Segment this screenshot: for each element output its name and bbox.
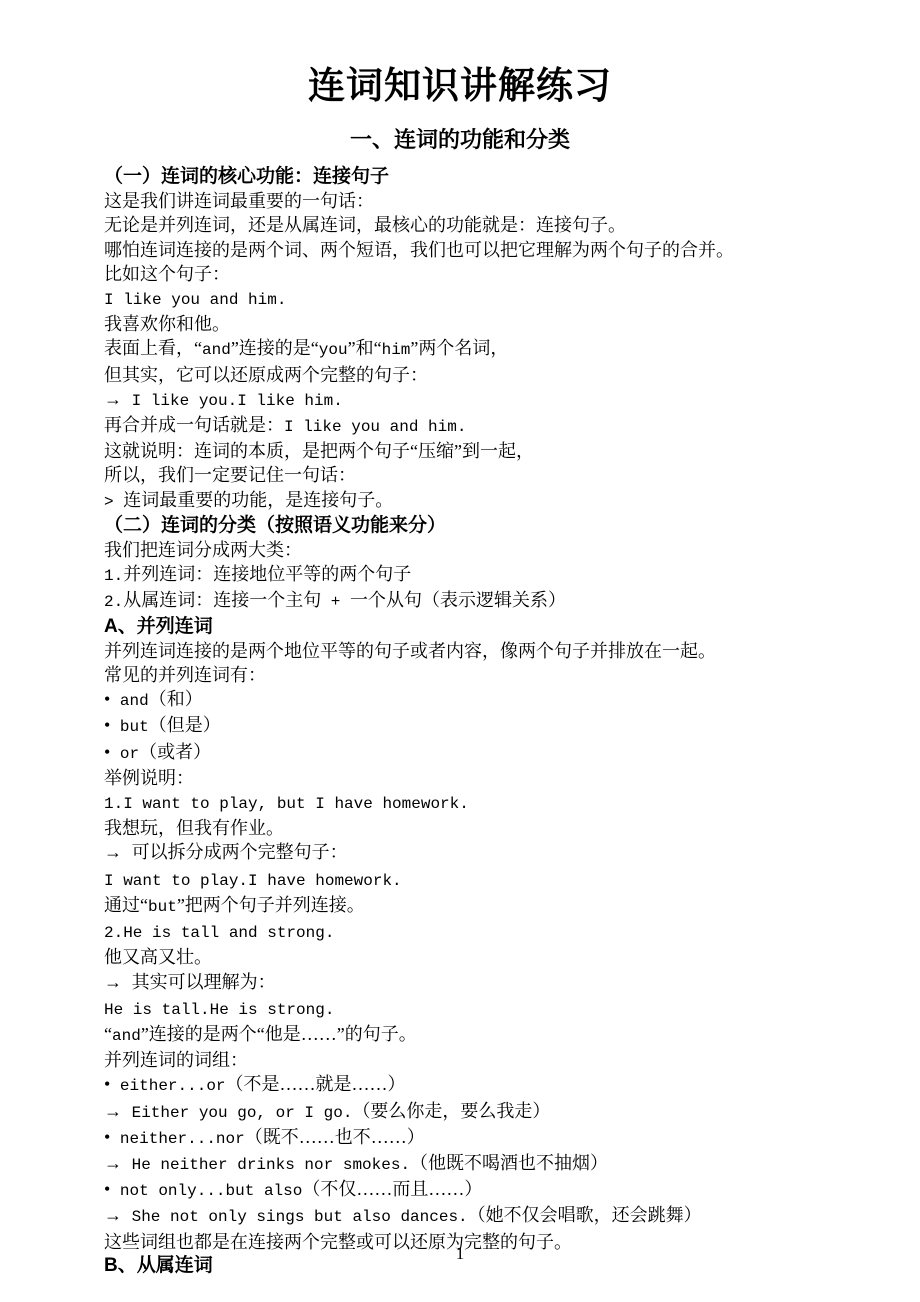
latin-text: He is tall.He is strong.: [104, 1001, 334, 1019]
latin-text: 1.: [104, 567, 123, 585]
latin-text: him: [382, 341, 411, 359]
text-line: 这是我们讲连词最重要的一句话：: [104, 189, 820, 213]
text-line: • and（和）: [104, 687, 820, 713]
text-line: I like you and him.: [104, 286, 820, 312]
latin-text: or: [110, 745, 139, 763]
latin-text: She not only sings but also dances.: [122, 1208, 468, 1226]
text-line: He is tall.He is strong.: [104, 996, 820, 1022]
text-line: → She not only sings but also dances.（她不…: [104, 1203, 820, 1229]
text-line: 2.从属连词：连接一个主句 + 一个从句（表示逻辑关系）: [104, 588, 820, 614]
latin-text: neither...nor: [110, 1130, 244, 1148]
document-body: （一）连词的核心功能：连接句子这是我们讲连词最重要的一句话：无论是并列连词，还是…: [104, 165, 820, 1278]
text-line: 2.He is tall and strong.: [104, 919, 820, 945]
latin-text: 2.He is tall and strong.: [104, 924, 334, 942]
text-line: 比如这个句子：: [104, 262, 820, 286]
text-line: • neither...nor（既不……也不……）: [104, 1125, 820, 1151]
text-line: • or（或者）: [104, 740, 820, 766]
text-line: 并列连词的词组：: [104, 1048, 820, 1072]
latin-text: I want to play.I have homework.: [104, 872, 402, 890]
text-line: 我喜欢你和他。: [104, 312, 820, 336]
sub-heading: （二）连词的分类（按照语义功能来分）: [104, 514, 820, 538]
latin-text: I like you and him.: [104, 291, 286, 309]
text-line: 他又高又壮。: [104, 945, 820, 969]
latin-text: Either you go, or I go.: [122, 1104, 352, 1122]
latin-text: but: [148, 898, 177, 916]
sub-heading: （一）连词的核心功能：连接句子: [104, 165, 820, 189]
text-line: 所以，我们一定要记住一句话：: [104, 463, 820, 487]
text-line: 1.并列连词：连接地位平等的两个句子: [104, 562, 820, 588]
text-line: > 连词最重要的功能，是连接句子。: [104, 488, 820, 514]
latin-text: not only...but also: [110, 1182, 302, 1200]
text-line: 并列连词连接的是两个地位平等的句子或者内容，像两个句子并排放在一起。: [104, 639, 820, 663]
document-title: 连词知识讲解练习: [0, 64, 920, 108]
latin-text: A: [104, 616, 118, 637]
latin-text: 2.: [104, 593, 123, 611]
text-line: 表面上看，“and”连接的是“you”和“him”两个名词，: [104, 336, 820, 362]
text-line: 举例说明：: [104, 766, 820, 790]
latin-text: He neither drinks nor smokes.: [122, 1156, 410, 1174]
text-line: 但其实，它可以还原成两个完整的句子：: [104, 363, 820, 387]
text-line: 我们把连词分成两大类：: [104, 538, 820, 562]
document-page: 连词知识讲解练习 一、连词的功能和分类 （一）连词的核心功能：连接句子这是我们讲…: [0, 0, 920, 1302]
latin-text: but: [110, 718, 148, 736]
text-line: 常见的并列连词有：: [104, 663, 820, 687]
latin-text: [122, 975, 132, 993]
text-line: 我想玩，但我有作业。: [104, 816, 820, 840]
latin-text: and: [112, 1027, 141, 1045]
text-line: 通过“but”把两个句子并列连接。: [104, 893, 820, 919]
latin-text: and: [110, 692, 148, 710]
text-line: → I like you.I like him.: [104, 387, 820, 413]
text-line: 1.I want to play, but I have homework.: [104, 790, 820, 816]
text-line: 哪怕连词连接的是两个词、两个短语，我们也可以把它理解为两个句子的合并。: [104, 238, 820, 262]
latin-text: and: [202, 341, 231, 359]
latin-text: you: [319, 341, 348, 359]
latin-text: +: [321, 593, 350, 611]
latin-text: I like you and him.: [284, 418, 466, 436]
section-heading: 一、连词的功能和分类: [0, 126, 920, 154]
sub-heading: A、并列连词: [104, 615, 820, 639]
text-line: “and”连接的是两个“他是……”的句子。: [104, 1022, 820, 1048]
text-line: • not only...but also（不仅……而且……）: [104, 1177, 820, 1203]
latin-text: 1.I want to play, but I have homework.: [104, 795, 469, 813]
latin-text: >: [104, 493, 123, 511]
text-line: 无论是并列连词，还是从属连词，最核心的功能就是：连接句子。: [104, 213, 820, 237]
text-line: I want to play.I have homework.: [104, 867, 820, 893]
text-line: → 可以拆分成两个完整句子：: [104, 840, 820, 866]
latin-text: either...or: [110, 1077, 225, 1095]
text-line: 再合并成一句话就是：I like you and him.: [104, 413, 820, 439]
text-line: → 其实可以理解为：: [104, 970, 820, 996]
page-number: 1: [0, 1244, 920, 1264]
text-line: • either...or（不是……就是……）: [104, 1072, 820, 1098]
text-line: → He neither drinks nor smokes.（他既不喝酒也不抽…: [104, 1151, 820, 1177]
text-line: 这就说明：连词的本质，是把两个句子“压缩”到一起，: [104, 439, 820, 463]
latin-text: [122, 845, 132, 863]
text-line: → Either you go, or I go.（要么你走，要么我走）: [104, 1099, 820, 1125]
latin-text: I like you.I like him.: [122, 392, 343, 410]
text-line: • but（但是）: [104, 713, 820, 739]
